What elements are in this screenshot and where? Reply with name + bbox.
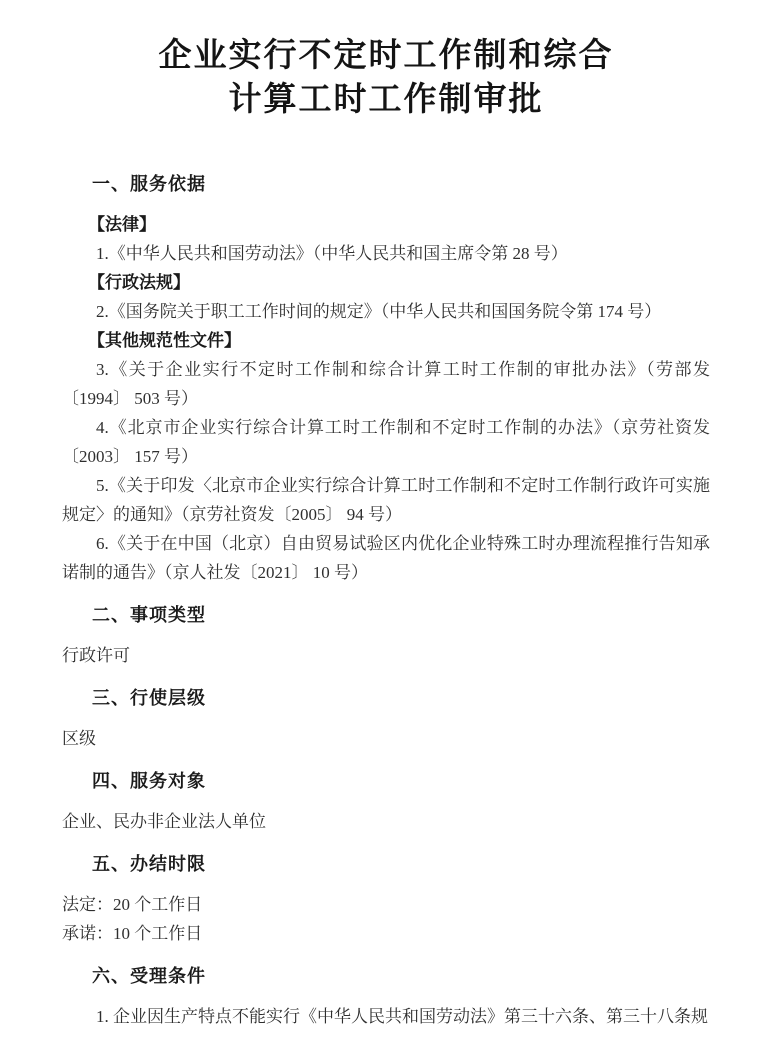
category-label-other-normative-documents: 【其他规范性文件】: [62, 326, 710, 355]
statutory-time-limit: 法定：20 个工作日: [62, 890, 710, 919]
section-service-target-heading: 四、服务对象: [62, 769, 710, 793]
section-exercise-level: 三、行使层级 区级: [62, 686, 710, 753]
section-completion-time-limit: 五、办结时限 法定：20 个工作日 承诺：10 个工作日: [62, 852, 710, 948]
basis-item-6: 6.《关于在中国（北京）自由贸易试验区内优化企业特殊工时办理流程推行告知承诺制的…: [62, 529, 710, 587]
document-page: 企业实行不定时工作制和综合 计算工时工作制审批 一、服务依据 【法律】 1.《中…: [0, 0, 772, 1048]
service-target-value: 企业、民办非企业法人单位: [62, 807, 710, 836]
acceptance-condition-1: 1. 企业因生产特点不能实行《中华人民共和国劳动法》第三十六条、第三十八条规: [62, 1002, 710, 1031]
basis-item-5: 5.《关于印发〈北京市企业实行综合计算工时工作制和不定时工作制行政许可实施规定〉…: [62, 471, 710, 529]
section-item-type: 二、事项类型 行政许可: [62, 603, 710, 670]
section-service-basis-heading: 一、服务依据: [62, 172, 710, 196]
section-item-type-heading: 二、事项类型: [62, 603, 710, 627]
item-type-value: 行政许可: [62, 641, 710, 670]
basis-item-1: 1.《中华人民共和国劳动法》（中华人民共和国主席令第 28 号）: [62, 239, 710, 268]
section-completion-time-limit-heading: 五、办结时限: [62, 852, 710, 876]
document-title: 企业实行不定时工作制和综合 计算工时工作制审批: [62, 0, 710, 122]
basis-item-2: 2.《国务院关于职工工作时间的规定》（中华人民共和国国务院令第 174 号）: [62, 297, 710, 326]
section-service-target: 四、服务对象 企业、民办非企业法人单位: [62, 769, 710, 836]
promised-time-limit: 承诺：10 个工作日: [62, 919, 710, 948]
section-exercise-level-heading: 三、行使层级: [62, 686, 710, 710]
section-acceptance-conditions-heading: 六、受理条件: [62, 964, 710, 988]
category-label-administrative-regulations: 【行政法规】: [62, 268, 710, 297]
document-title-line-2: 计算工时工作制审批: [62, 78, 710, 122]
section-service-basis: 一、服务依据 【法律】 1.《中华人民共和国劳动法》（中华人民共和国主席令第 2…: [62, 172, 710, 587]
basis-item-3: 3.《关于企业实行不定时工作制和综合计算工时工作制的审批办法》（劳部发〔1994…: [62, 355, 710, 413]
document-title-line-1: 企业实行不定时工作制和综合: [62, 34, 710, 78]
exercise-level-value: 区级: [62, 724, 710, 753]
category-label-law: 【法律】: [62, 210, 710, 239]
basis-item-4: 4.《北京市企业实行综合计算工时工作制和不定时工作制的办法》（京劳社资发〔200…: [62, 413, 710, 471]
section-acceptance-conditions: 六、受理条件 1. 企业因生产特点不能实行《中华人民共和国劳动法》第三十六条、第…: [62, 964, 710, 1031]
